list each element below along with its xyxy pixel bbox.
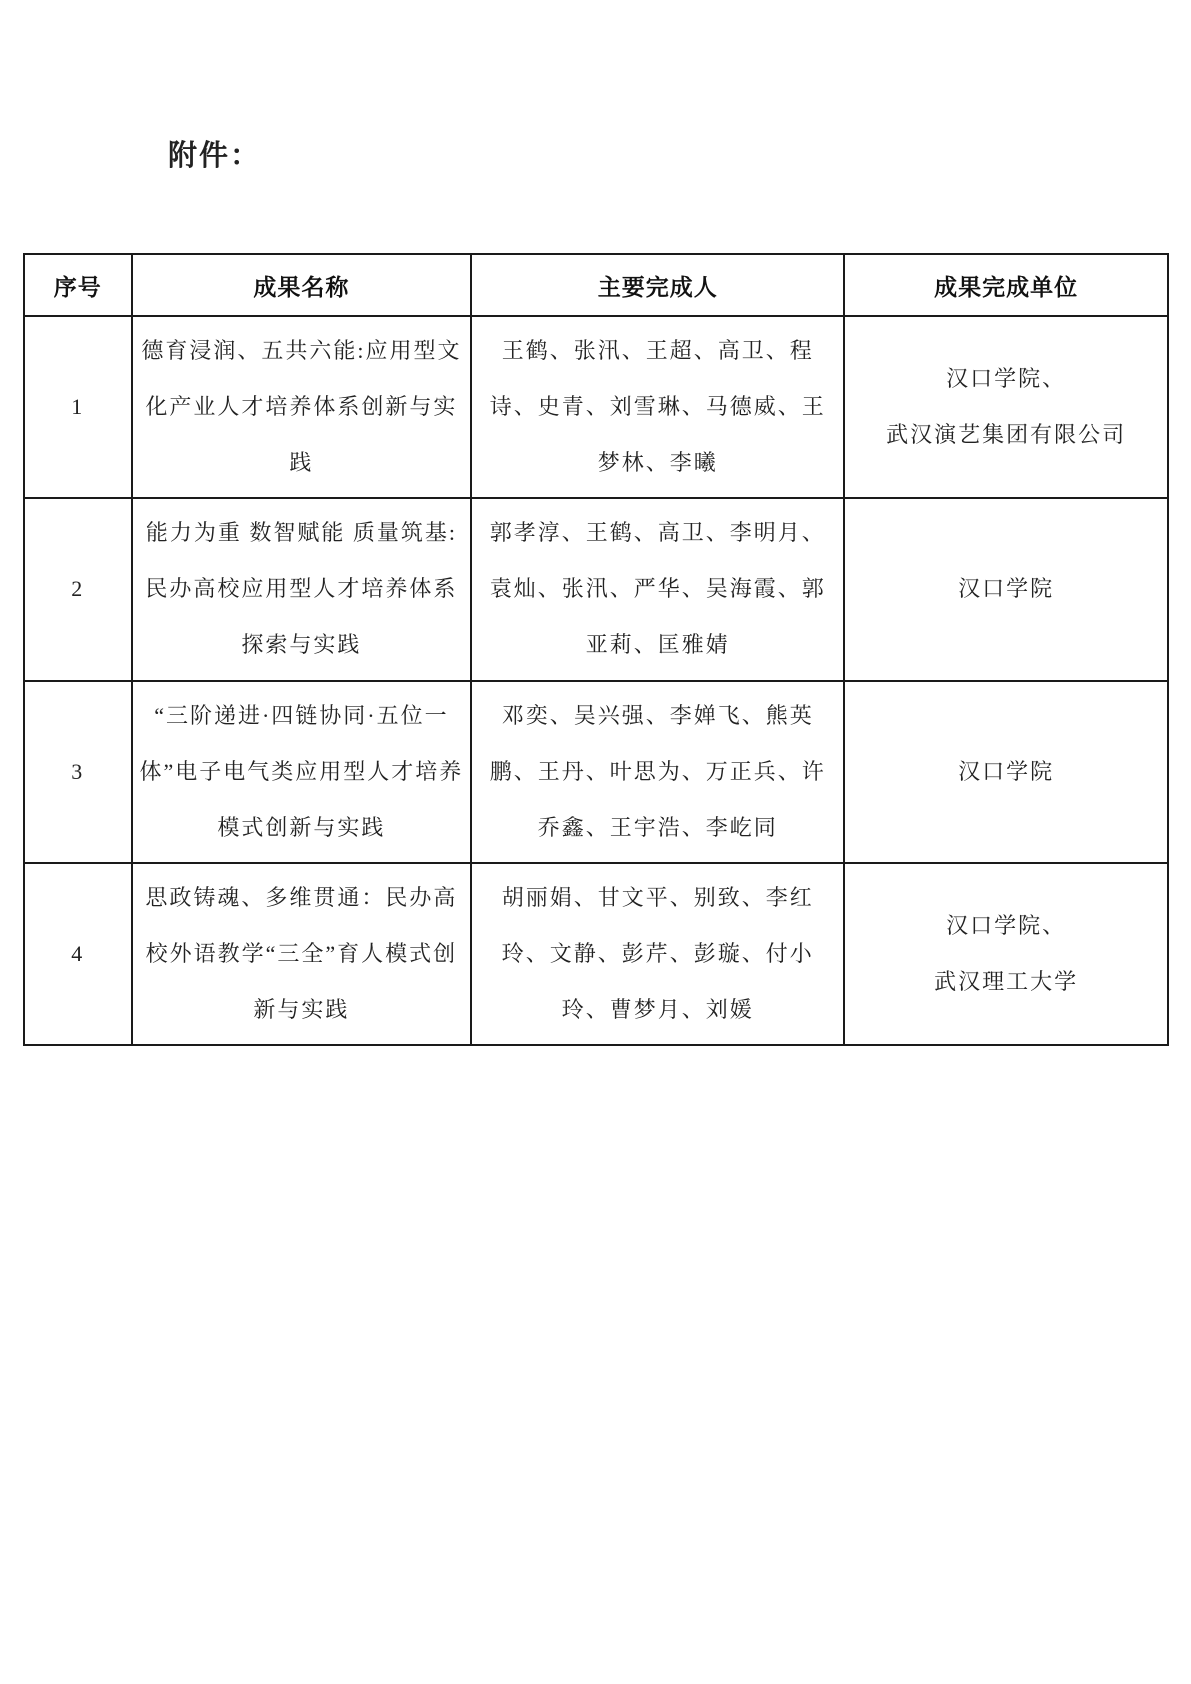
results-table: 序号 成果名称 主要完成人 成果完成单位 1 德育浸润、五共六能:应用型文化产业…	[23, 253, 1169, 1046]
results-table-header: 序号 成果名称 主要完成人 成果完成单位	[24, 254, 1168, 316]
achievement-name-cell: 思政铸魂、多维贯通：民办高校外语教学“三全”育人模式创新与实践	[132, 863, 472, 1045]
header-cell-unit: 成果完成单位	[844, 254, 1168, 316]
header-row: 序号 成果名称 主要完成人 成果完成单位	[24, 254, 1168, 316]
attachment-label: 附件：	[168, 133, 261, 174]
header-cell-contributors: 主要完成人	[471, 254, 844, 316]
contributors-cell: 胡丽娟、甘文平、别致、李红玲、文静、彭芹、彭璇、付小玲、曹梦月、刘媛	[471, 863, 844, 1045]
document-page: 附件： 序号 成果名称 主要完成人 成果完成单位 1 德育浸润、五共六能:应用型…	[0, 0, 1191, 1684]
completing-unit-cell: 汉口学院、 武汉理工大学	[844, 863, 1168, 1045]
table-row: 1 德育浸润、五共六能:应用型文化产业人才培养体系创新与实践 王鹤、张汛、王超、…	[24, 316, 1168, 498]
header-cell-no: 序号	[24, 254, 132, 316]
results-table-body: 1 德育浸润、五共六能:应用型文化产业人才培养体系创新与实践 王鹤、张汛、王超、…	[24, 316, 1168, 1045]
achievement-name-cell: 能力为重 数智赋能 质量筑基:民办高校应用型人才培养体系探索与实践	[132, 498, 472, 680]
completing-unit-cell: 汉口学院	[844, 681, 1168, 863]
completing-unit-cell: 汉口学院、 武汉演艺集团有限公司	[844, 316, 1168, 498]
row-number-cell: 2	[24, 498, 132, 680]
header-cell-name: 成果名称	[132, 254, 472, 316]
contributors-cell: 郭孝淳、王鹤、高卫、李明月、袁灿、张汛、严华、吴海霞、郭亚莉、匡雅婧	[471, 498, 844, 680]
achievement-name-cell: 德育浸润、五共六能:应用型文化产业人才培养体系创新与实践	[132, 316, 472, 498]
achievement-name-cell: “三阶递进·四链协同·五位一体”电子电气类应用型人才培养模式创新与实践	[132, 681, 472, 863]
table-row: 4 思政铸魂、多维贯通：民办高校外语教学“三全”育人模式创新与实践 胡丽娟、甘文…	[24, 863, 1168, 1045]
row-number-cell: 3	[24, 681, 132, 863]
completing-unit-cell: 汉口学院	[844, 498, 1168, 680]
contributors-cell: 邓奕、吴兴强、李婵飞、熊英鹏、王丹、叶思为、万正兵、许乔鑫、王宇浩、李屹同	[471, 681, 844, 863]
table-row: 2 能力为重 数智赋能 质量筑基:民办高校应用型人才培养体系探索与实践 郭孝淳、…	[24, 498, 1168, 680]
contributors-cell: 王鹤、张汛、王超、高卫、程诗、史青、刘雪琳、马德威、王梦林、李曦	[471, 316, 844, 498]
row-number-cell: 4	[24, 863, 132, 1045]
row-number-cell: 1	[24, 316, 132, 498]
table-row: 3 “三阶递进·四链协同·五位一体”电子电气类应用型人才培养模式创新与实践 邓奕…	[24, 681, 1168, 863]
